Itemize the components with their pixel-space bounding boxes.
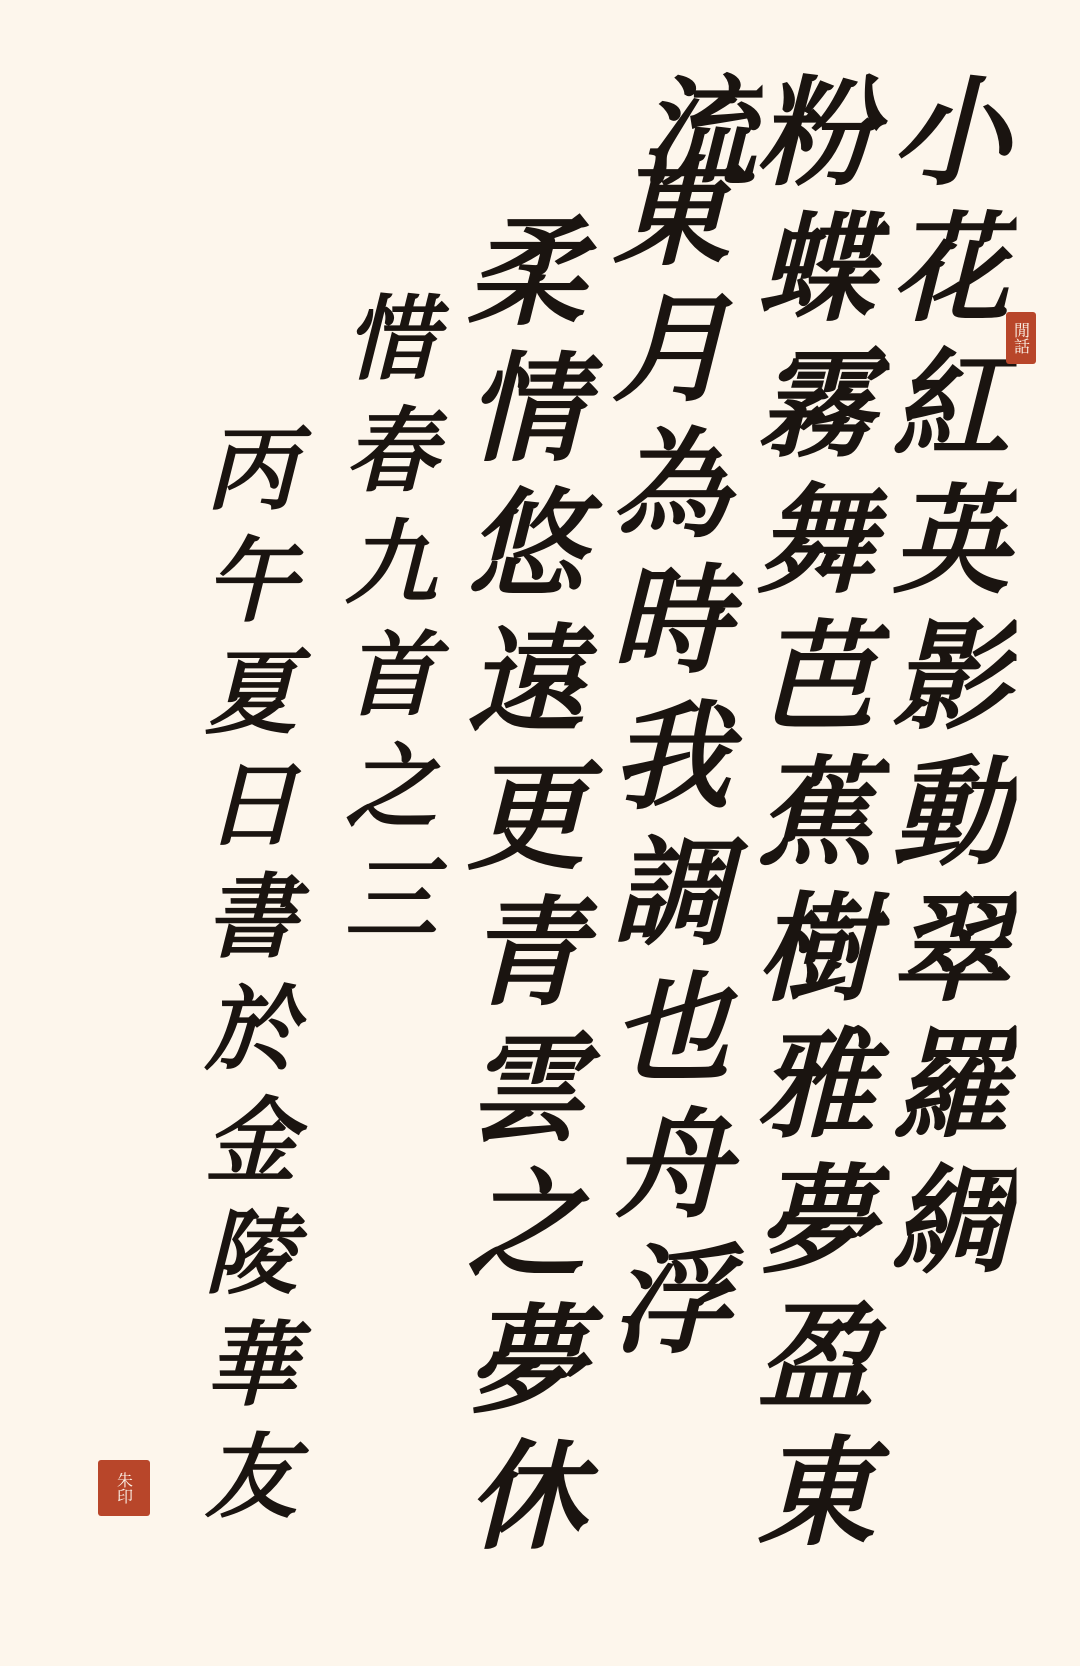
calligraphy-column-4: 柔情悠遠更青雲之夢休 xyxy=(457,210,575,1570)
calligraphy-column-5: 惜春九首之三 xyxy=(338,290,430,962)
seal-top-right: 閒話 xyxy=(1006,312,1036,364)
calligraphy-column-6: 丙午夏日書於金陵華友 xyxy=(198,420,290,1540)
calligraphy-column-3: 東月為時我調也舟浮 xyxy=(602,150,720,1374)
seal-bottom-left: 朱印 xyxy=(98,1460,150,1516)
calligraphy-column-1: 小花紅英影動翠羅綢 xyxy=(882,70,1000,1294)
